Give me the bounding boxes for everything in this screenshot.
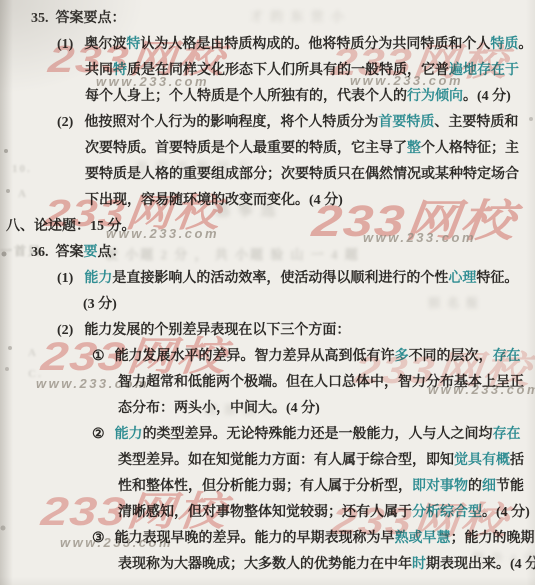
text-segment: 括 (510, 453, 524, 468)
text-segment: 能力 (84, 271, 112, 286)
text-segment: 、主要特质和 (434, 115, 518, 130)
text-segment: 要特质是人格的重要组成部分；次要特质只在偶然情况或某种特定场合 (85, 167, 519, 182)
text-segment: 能力发展的个别差异表现在以下三个方面： (84, 323, 350, 338)
text-line: (2)他按照对个人行为的影响程度，将个人特质分为首要特质、主要特质和 (0, 110, 535, 136)
text-segment: 。 (518, 37, 532, 52)
text-segment: 。(4 分) (463, 89, 511, 104)
text-segment: 期表现出来。(4 分) (426, 557, 535, 572)
text-segment: 态分布：两头小，中间大。(4 分) (118, 401, 320, 416)
text-segment: 存在 (493, 349, 521, 364)
text-line: 要特质是人格的重要组成部分；次要特质只在偶然情况或某种特定场合 (0, 162, 535, 188)
text-segment: 次要特质。首要特质是个人最重要的特质，它主导了 (85, 141, 407, 156)
text-segment: 节能 (496, 479, 524, 494)
text-segment: 八、论述题：15 分。 (6, 219, 136, 234)
text-segment: 点： (98, 245, 126, 260)
text-line: 35.答案要点： (0, 6, 535, 32)
text-line: 36.答案要点： (0, 240, 535, 266)
text-line: 八、论述题：15 分。 (0, 214, 535, 240)
item-marker: (2) (57, 318, 73, 344)
text-segment: 奥尔波 (84, 37, 126, 52)
text-line: 清晰感知，但对事物整体知觉较弱；还有人属于分析综合型。(4 分) (0, 500, 535, 526)
text-segment: 熟或早慧 (395, 531, 451, 546)
item-marker: 36. (31, 240, 49, 266)
text-segment: 答案 (56, 245, 84, 260)
text-segment: 特质 (490, 37, 518, 52)
text-segment: 存在 (493, 427, 521, 442)
text-segment: 特征。 (476, 271, 518, 286)
answer-document: 35.答案要点：(1)奥尔波特认为人格是由特质构成的。他将特质分为共同特质和个人… (0, 0, 535, 585)
text-segment: 性和整体性，但分析能力弱；有人属于分析型， (118, 479, 412, 494)
text-segment: 答案要点： (56, 11, 126, 26)
text-line: ①能力发展水平的差异。智力差异从高到低有许多不同的层次，存在 (0, 344, 535, 370)
text-segment: 时 (412, 557, 426, 572)
text-line: (2)能力发展的个别差异表现在以下三个方面： (0, 318, 535, 344)
text-segment: 清晰感知，但对事物整体知觉较弱；还有人属于 (118, 505, 412, 520)
text-segment: 共同 (85, 63, 113, 78)
scanned-answer-sheet: 才 的 东 世 小里 即 至 签 国 于10.A惑 筝 选一首只驶 小题 2 分… (0, 0, 535, 585)
text-line: 性和整体性，但分析能力弱；有人属于分析型，即对事物的细节能 (0, 474, 535, 500)
text-segment: 认为人格是由特质构成的。他将特质分为共同特质和个人 (140, 37, 490, 52)
item-marker: ③ (92, 526, 105, 552)
text-segment: 特 (126, 37, 140, 52)
text-segment: 特 (113, 63, 127, 78)
text-segment: 要 (84, 245, 98, 260)
text-segment: 。(4 分) (482, 505, 530, 520)
text-segment: 是直接影响人的活动效率，使活动得以顺利进行的个性 (112, 271, 448, 286)
text-line: 下出现，容易随环境的改变而变化。(4 分) (0, 188, 535, 214)
text-line: ②能力的类型差异。无论特殊能力还是一般能力，人与人之间均存在 (0, 422, 535, 448)
text-segment: 多 (395, 349, 409, 364)
item-marker: ① (92, 344, 105, 370)
text-line: 共同特质是在同样文化形态下人们所具有的一般特质，它普遍地存在于 (0, 58, 535, 84)
text-line: 表现称为大器晚成；大多数人的优势能力在中年时期表现出来。(4 分) (0, 552, 535, 578)
text-segment: 能力发展水平的差异。智力差异从高到低有许 (115, 349, 395, 364)
item-marker: (1) (57, 32, 73, 58)
text-segment: 能力 (115, 427, 143, 442)
text-segment: 个人格特征；主 (421, 141, 519, 156)
text-segment: 的类型差异。无论特殊能力还是一般能力，人与人之间均 (143, 427, 493, 442)
text-line: (1)能力是直接影响人的活动效率，使活动得以顺利进行的个性心理特征。 (0, 266, 535, 292)
text-segment: 细 (482, 479, 496, 494)
text-segment: 分析综合型 (412, 505, 482, 520)
text-segment: 即对事物 (412, 479, 468, 494)
text-segment: 的 (468, 479, 482, 494)
text-segment: ；能力的晚期 (451, 531, 535, 546)
text-line: 态分布：两头小，中间大。(4 分) (0, 396, 535, 422)
text-segment: 遍地存在于 (449, 63, 519, 78)
item-marker: (2) (57, 110, 73, 136)
text-line: (1)奥尔波特认为人格是由特质构成的。他将特质分为共同特质和个人特质。 (0, 32, 535, 58)
text-line: 类型差异。如在知觉能力方面：有人属于综合型，即知觉具有概括 (0, 448, 535, 474)
text-segment: 心理 (448, 271, 476, 286)
text-segment: 行为倾向 (407, 89, 463, 104)
text-line: 智力超常和低能两个极端。但在人口总体中，智力分布基本上呈正 (0, 370, 535, 396)
text-line: (3 分) (0, 292, 535, 318)
text-line: 次要特质。首要特质是个人最重要的特质，它主导了整个人格特征；主 (0, 136, 535, 162)
text-segment: 能力表现早晚的差异。能力的早期表现称为早 (115, 531, 395, 546)
text-segment: 首要特质 (378, 115, 434, 130)
text-segment: 每个人身上；个人特质是个人所独有的，代表个人的 (85, 89, 407, 104)
text-segment: 质是在同样文化形态下人们所具有的一般特质，它普 (127, 63, 449, 78)
text-line: ③能力表现早晚的差异。能力的早期表现称为早熟或早慧；能力的晚期 (0, 526, 535, 552)
text-line: 每个人身上；个人特质是个人所独有的，代表个人的行为倾向。(4 分) (0, 84, 535, 110)
text-segment: 不同的层次， (409, 349, 493, 364)
item-marker: ② (92, 422, 105, 448)
text-segment: 下出现，容易随环境的改变而变化。(4 分) (85, 193, 343, 208)
text-segment: (3 分) (83, 297, 117, 312)
text-segment: 觉具有概 (454, 453, 510, 468)
text-segment: 智力超常和低能两个极端。但在人口总体中，智力分布基本上呈正 (118, 375, 524, 390)
text-segment: 整 (407, 141, 421, 156)
text-segment: 类型差异。如在知觉能力方面：有人属于综合型，即知 (118, 453, 454, 468)
item-marker: (1) (57, 266, 73, 292)
item-marker: 35. (31, 6, 49, 32)
text-segment: 他按照对个人行为的影响程度，将个人特质分为 (84, 115, 378, 130)
text-segment: 表现称为大器晚成；大多数人的优势能力在中年 (118, 557, 412, 572)
